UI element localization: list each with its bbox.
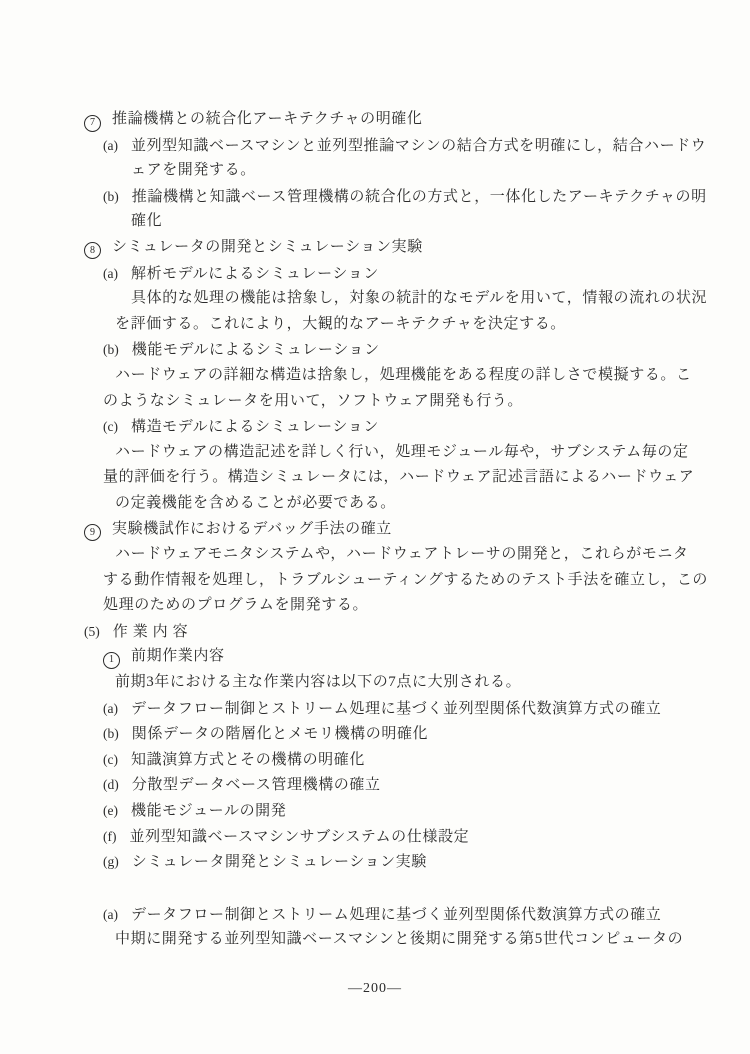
text-line: ハードウェアの詳細な構造は捨象し，処理機能をある程度の詳しさで模擬する。こ (0, 363, 750, 389)
line-text: ハードウェアモニタシステムや，ハードウェアトレーサの開発と，これらがモニタ (115, 546, 689, 562)
list-marker: (b) (103, 184, 119, 210)
line-text: 解析モデルによるシミュレーション (131, 266, 379, 282)
text-line: (c)知識演算方式とその機構の明確化 (0, 747, 750, 773)
line-text: 推論機構との統合化アーキテクチャの明確化 (112, 111, 423, 127)
text-line: ェアを開発する。 (0, 158, 750, 184)
line-text: シミュレータの開発とシミュレーション実験 (112, 239, 423, 255)
text-line: (c)構造モデルによるシミュレーション (0, 414, 750, 440)
line-text: データフロー制御とストリーム処理に基づく並列型関係代数演算方式の確立 (131, 907, 661, 923)
list-marker: (b) (103, 721, 119, 747)
text-line: 9実験機試作におけるデバッグ手法の確立 (0, 517, 750, 543)
line-text: 知識演算方式とその機構の明確化 (131, 752, 365, 768)
text-line: 具体的な処理の機能は捨象し，対象の統計的なモデルを用いて，情報の流れの状況 (0, 286, 750, 312)
line-text: 中期に開発する並列型知識ベースマシンと後期に開発する第5世代コンピュータの (115, 931, 683, 947)
line-text: ハードウェアの構造記述を詳しく行い，処理モジュール毎や，サブシステム毎の定 (115, 444, 689, 460)
list-marker: (c) (103, 747, 118, 773)
text-line: 量的評価を行う。構造シミュレータには，ハードウェア記述言語によるハードウェア (0, 465, 750, 491)
page-number: —200— (0, 979, 750, 999)
line-text: 前期3年における主な作業内容は以下の7点に大別される。 (115, 674, 521, 690)
line-text: の定義機能を含めることが必要である。 (115, 495, 396, 511)
line-text: 推論機構と知識ベース管理機構の統合化の方式と，一体化したアーキテクチャの明 (132, 189, 707, 205)
circled-number-marker: 1 (103, 652, 120, 669)
line-text: 処理のためのプログラムを開発する。 (103, 597, 368, 613)
list-marker: (5) (84, 619, 100, 645)
line-text: 機能モジュールの開発 (131, 803, 286, 819)
text-line: ハードウェアモニタシステムや，ハードウェアトレーサの開発と，これらがモニタ (0, 542, 750, 568)
circled-number-marker: 9 (84, 524, 101, 541)
line-text: 作 業 内 容 (113, 624, 188, 640)
text-line: を評価する。これにより，大観的なアーキテクチャを決定する。 (0, 312, 750, 338)
text-line: (b)機能モデルによるシミュレーション (0, 337, 750, 363)
line-text: 並列型知識ベースマシンサブシステムの仕様設定 (130, 829, 470, 845)
list-marker: (a) (103, 902, 118, 928)
text-line: 前期3年における主な作業内容は以下の7点に大別される。 (0, 670, 750, 696)
line-text: 構造モデルによるシミュレーション (131, 419, 379, 435)
text-line: (a)並列型知識ベースマシンと並列型推論マシンの結合方式を明確にし，結合ハードウ (0, 133, 750, 159)
line-text: 前期作業内容 (131, 648, 225, 664)
text-line: のようなシミュレータを用いて，ソフトウェア開発も行う。 (0, 389, 750, 415)
line-text: 分散型データベース管理機構の確立 (132, 777, 381, 793)
list-marker: (f) (103, 824, 117, 850)
text-line: 確化 (0, 209, 750, 235)
line-text: 並列型知識ベースマシンと並列型推論マシンの結合方式を明確にし，結合ハードウ (131, 138, 706, 154)
document-body: 7推論機構との統合化アーキテクチャの明確化(a)並列型知識ベースマシンと並列型推… (0, 0, 750, 953)
text-line: 8シミュレータの開発とシミュレーション実験 (0, 235, 750, 261)
text-line: 処理のためのプログラムを開発する。 (0, 593, 750, 619)
line-text: 量的評価を行う。構造シミュレータには，ハードウェア記述言語によるハードウェア (103, 469, 694, 485)
text-line: (5)作 業 内 容 (0, 619, 750, 645)
text-line: する動作情報を処理し，トラブルシューティングするためのテスト手法を確立し，この (0, 568, 750, 594)
text-line: (a)データフロー制御とストリーム処理に基づく並列型関係代数演算方式の確立 (0, 902, 750, 928)
circled-number-marker: 7 (84, 115, 101, 132)
blank-line (0, 875, 750, 902)
line-text: 確化 (131, 213, 162, 229)
text-line: (f)並列型知識ベースマシンサブシステムの仕様設定 (0, 824, 750, 850)
line-text: する動作情報を処理し，トラブルシューティングするためのテスト手法を確立し，この (103, 572, 708, 588)
text-line: (b)推論機構と知識ベース管理機構の統合化の方式と，一体化したアーキテクチャの明 (0, 184, 750, 210)
line-text: ェアを開発する。 (131, 162, 256, 178)
text-line: の定義機能を含めることが必要である。 (0, 491, 750, 517)
line-text: のようなシミュレータを用いて，ソフトウェア開発も行う。 (103, 393, 523, 409)
text-line: (a)解析モデルによるシミュレーション (0, 261, 750, 287)
line-text: シミュレータ開発とシミュレーション実験 (132, 854, 427, 870)
line-text: ハードウェアの詳細な構造は捨象し，処理機能をある程度の詳しさで模擬する。こ (115, 367, 692, 383)
text-line: 7推論機構との統合化アーキテクチャの明確化 (0, 107, 750, 133)
list-marker: (a) (103, 133, 118, 159)
line-text: 実験機試作におけるデバッグ手法の確立 (112, 521, 392, 537)
list-marker: (d) (103, 772, 119, 798)
list-marker: (a) (103, 261, 118, 287)
list-marker: (g) (103, 849, 119, 875)
text-line: (e)機能モジュールの開発 (0, 798, 750, 824)
list-marker: (b) (103, 337, 119, 363)
line-text: を評価する。これにより，大観的なアーキテクチャを決定する。 (115, 316, 566, 332)
line-text: 機能モデルによるシミュレーション (132, 342, 380, 358)
text-line: 1前期作業内容 (0, 644, 750, 670)
line-text: 具体的な処理の機能は捨象し，対象の統計的なモデルを用いて，情報の流れの状況 (131, 290, 707, 306)
text-line: (a)データフロー制御とストリーム処理に基づく並列型関係代数演算方式の確立 (0, 696, 750, 722)
text-line: 中期に開発する並列型知識ベースマシンと後期に開発する第5世代コンピュータの (0, 927, 750, 953)
list-marker: (a) (103, 696, 118, 722)
circled-number-marker: 8 (84, 242, 101, 259)
text-line: ハードウェアの構造記述を詳しく行い，処理モジュール毎や，サブシステム毎の定 (0, 440, 750, 466)
scanned-document-page: 7推論機構との統合化アーキテクチャの明確化(a)並列型知識ベースマシンと並列型推… (0, 0, 750, 1054)
text-line: (b)関係データの階層化とメモリ機構の明確化 (0, 721, 750, 747)
text-line: (d)分散型データベース管理機構の確立 (0, 772, 750, 798)
text-line: (g)シミュレータ開発とシミュレーション実験 (0, 849, 750, 875)
list-marker: (e) (103, 798, 118, 824)
line-text: 関係データの階層化とメモリ機構の明確化 (132, 726, 428, 742)
list-marker: (c) (103, 414, 118, 440)
line-text: データフロー制御とストリーム処理に基づく並列型関係代数演算方式の確立 (131, 701, 661, 717)
